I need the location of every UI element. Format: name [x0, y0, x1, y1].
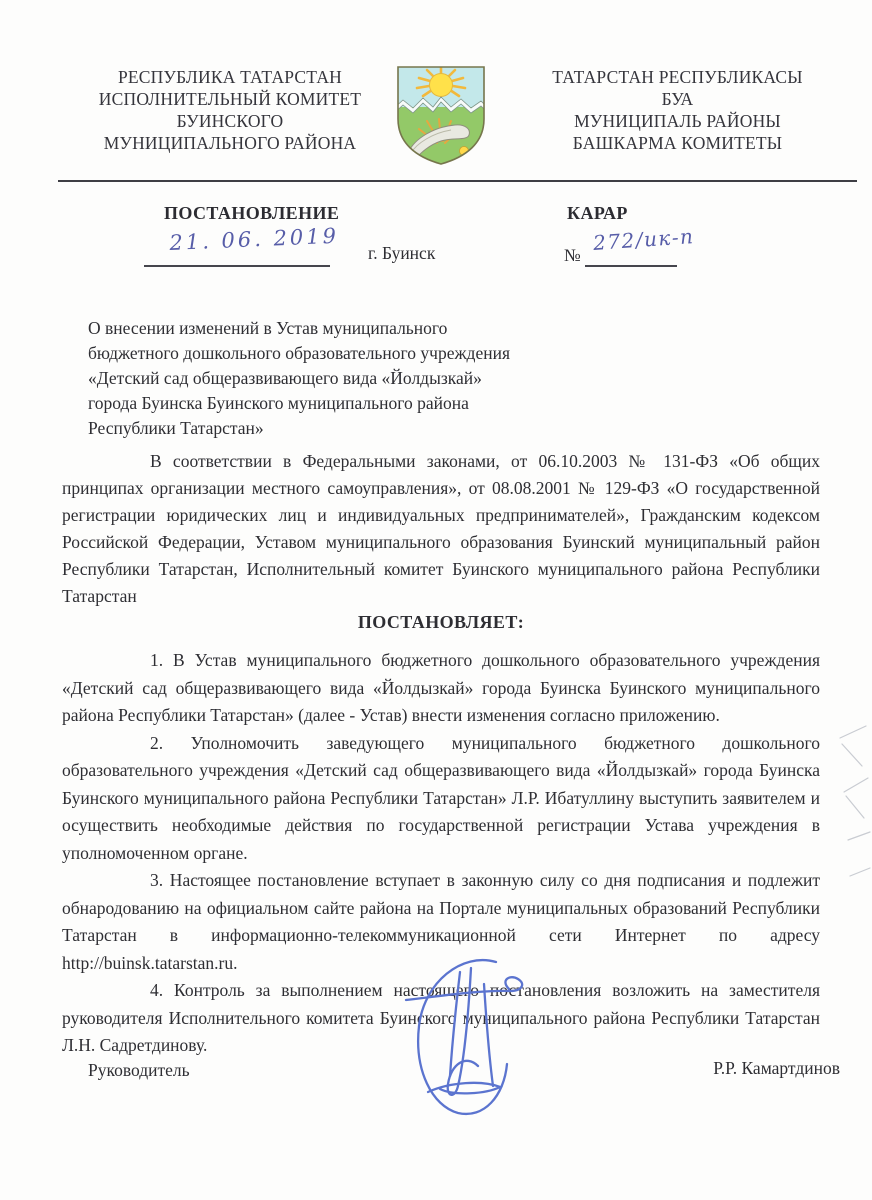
decree-item-2: 2. Уполномочить заведующего муниципально… [62, 730, 820, 868]
decree-item-1: 1. В Устав муниципального бюджетного дош… [62, 647, 820, 730]
org-name-tatar-line: ТАТАРСТАН РЕСПУБЛИКАСЫ [495, 66, 860, 88]
org-name-russian-line: ИСПОЛНИТЕЛЬНЫЙ КОМИТЕТ [50, 88, 410, 110]
scanned-decree-page: РЕСПУБЛИКА ТАТАРСТАН ИСПОЛНИТЕЛЬНЫЙ КОМИ… [0, 0, 872, 1200]
org-name-russian-line: БУИНСКОГО [50, 110, 410, 132]
org-name-russian: РЕСПУБЛИКА ТАТАРСТАН ИСПОЛНИТЕЛЬНЫЙ КОМИ… [50, 66, 410, 154]
city-label: г. Буинск [368, 243, 435, 264]
handwritten-number: 272/ик-п [592, 224, 695, 255]
handwritten-signature-icon [398, 944, 570, 1124]
signer-name: Р.Р. Камартдинов [600, 1058, 840, 1079]
subject-line: Республики Татарстан» [88, 416, 608, 441]
header-divider [58, 180, 857, 182]
subject-line: города Буинска Буинского муниципального … [88, 391, 608, 416]
org-name-tatar: ТАТАРСТАН РЕСПУБЛИКАСЫ БУА МУНИЦИПАЛЬ РА… [495, 66, 860, 154]
signer-position: Руководитель [88, 1060, 190, 1081]
handwritten-date: 21. 06. 2019 [169, 224, 339, 255]
doc-type-russian: ПОСТАНОВЛЕНИЕ [164, 203, 339, 224]
resolves-heading: ПОСТАНОВЛЯЕТ: [62, 612, 820, 633]
org-name-tatar-line: БАШКАРМА КОМИТЕТЫ [495, 132, 860, 154]
number-sign: № [564, 245, 581, 266]
decree-subject: О внесении изменений в Устав муниципальн… [88, 316, 608, 441]
intro-paragraph: В соответствии в Федеральными законами, … [62, 448, 820, 610]
subject-line: «Детский сад общеразвивающего вида «Йолд… [88, 366, 608, 391]
doc-type-tatar: КАРАР [567, 203, 628, 224]
subject-line: бюджетного дошкольного образовательного … [88, 341, 608, 366]
coat-of-arms-icon [393, 63, 489, 169]
org-name-tatar-line: БУА [495, 88, 860, 110]
date-underline [144, 265, 330, 267]
subject-line: О внесении изменений в Устав муниципальн… [88, 316, 608, 341]
org-name-russian-line: РЕСПУБЛИКА ТАТАРСТАН [50, 66, 410, 88]
scan-artifact-lines [818, 700, 872, 910]
org-name-tatar-line: МУНИЦИПАЛЬ РАЙОНЫ [495, 110, 860, 132]
org-name-russian-line: МУНИЦИПАЛЬНОГО РАЙОНА [50, 132, 410, 154]
number-underline [585, 265, 677, 267]
